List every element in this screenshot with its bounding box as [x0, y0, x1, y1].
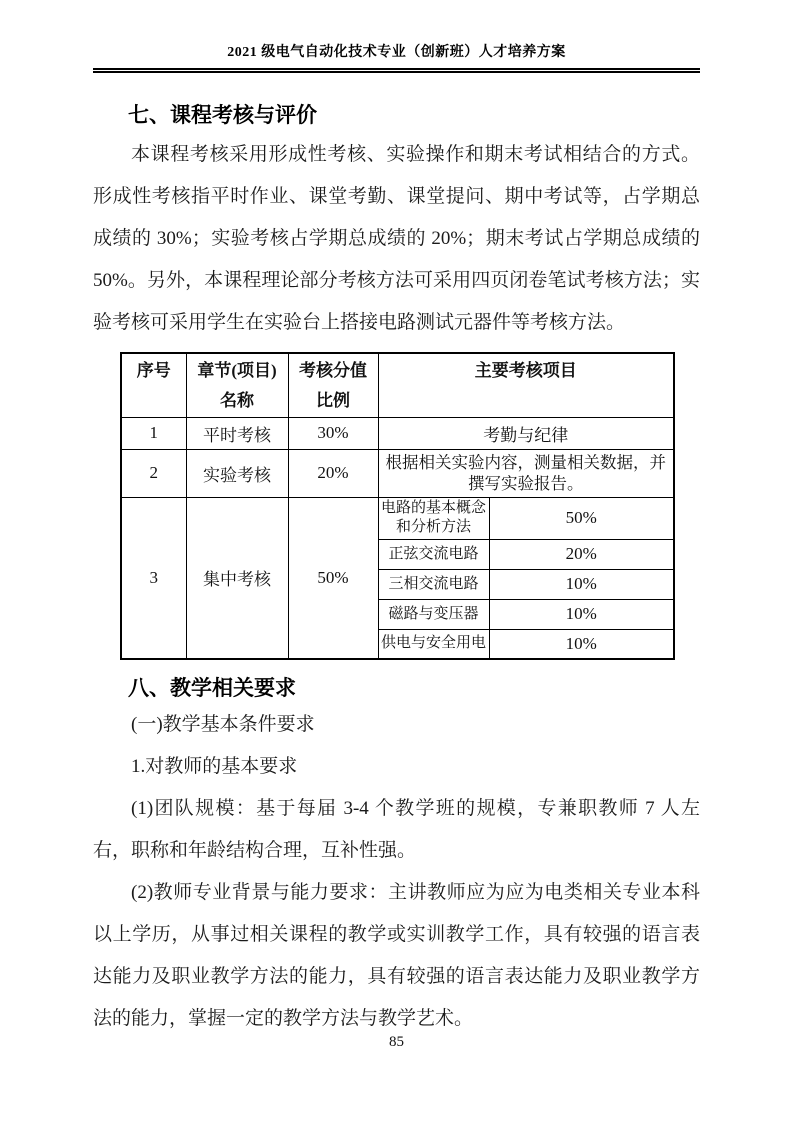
section-8-paragraph-2: 1.对教师的基本要求: [93, 746, 700, 788]
cell-sub-item-ratio: 10%: [489, 569, 674, 599]
cell-sub-item-ratio: 10%: [489, 599, 674, 629]
cell-sub-item-name: 供电与安全用电: [378, 629, 489, 659]
cell-sub-item-ratio: 20%: [489, 539, 674, 569]
col-header-chapter: 章节(项目)名称: [186, 353, 288, 417]
section-8-paragraph-4: (2)教师专业背景与能力要求：主讲教师应为应为电类相关专业本科以上学历，从事过相…: [93, 872, 700, 1040]
page-content: 七、课程考核与评价 本课程考核采用形成性考核、实验操作和期末考试相结合的方式。形…: [93, 103, 700, 1040]
cell-seq: 2: [121, 449, 186, 497]
table-row-3-sub-1: 3 集中考核 50% 电路的基本概念和分析方法 50%: [121, 497, 674, 539]
section-8-paragraph-3: (1)团队规模：基于每届 3-4 个教学班的规模，专兼职教师 7 人左右，职称和…: [93, 788, 700, 872]
section-8-paragraph-1: (一)教学基本条件要求: [93, 704, 700, 746]
table-row-1: 1 平时考核 30% 考勤与纪律: [121, 417, 674, 449]
cell-ratio: 50%: [288, 497, 378, 659]
cell-ratio: 30%: [288, 417, 378, 449]
header-rule-divider: [93, 68, 700, 73]
cell-sub-item-name: 磁路与变压器: [378, 599, 489, 629]
section-8-heading: 八、教学相关要求: [93, 676, 700, 702]
assessment-table: 序号 章节(项目)名称 考核分值比例 主要考核项目 1 平时考核 30% 考勤与…: [120, 352, 675, 660]
cell-sub-item-name: 电路的基本概念和分析方法: [378, 497, 489, 539]
col-header-ratio: 考核分值比例: [288, 353, 378, 417]
page-number: 85: [0, 1034, 793, 1051]
cell-sub-item-ratio: 50%: [489, 497, 674, 539]
page-header: 2021 级电气自动化技术专业（创新班）人才培养方案: [0, 0, 793, 73]
cell-chapter: 集中考核: [186, 497, 288, 659]
cell-main-item: 考勤与纪律: [378, 417, 674, 449]
cell-chapter: 实验考核: [186, 449, 288, 497]
cell-seq: 3: [121, 497, 186, 659]
cell-chapter: 平时考核: [186, 417, 288, 449]
section-7-paragraph: 本课程考核采用形成性考核、实验操作和期末考试相结合的方式。形成性考核指平时作业、…: [93, 134, 700, 344]
cell-sub-item-name: 三相交流电路: [378, 569, 489, 599]
cell-ratio: 20%: [288, 449, 378, 497]
cell-main-item: 根据相关实验内容，测量相关数据，并撰写实验报告。: [378, 449, 674, 497]
page-header-title: 2021 级电气自动化技术专业（创新班）人才培养方案: [0, 44, 793, 62]
cell-sub-item-ratio: 10%: [489, 629, 674, 659]
table-header-row: 序号 章节(项目)名称 考核分值比例 主要考核项目: [121, 353, 674, 417]
table-row-2: 2 实验考核 20% 根据相关实验内容，测量相关数据，并撰写实验报告。: [121, 449, 674, 497]
cell-sub-item-name: 正弦交流电路: [378, 539, 489, 569]
col-header-seq: 序号: [121, 353, 186, 417]
col-header-main-items: 主要考核项目: [378, 353, 674, 417]
document-page: 2021 级电气自动化技术专业（创新班）人才培养方案 七、课程考核与评价 本课程…: [0, 0, 793, 1122]
section-7-heading: 七、课程考核与评价: [93, 103, 700, 129]
cell-seq: 1: [121, 417, 186, 449]
